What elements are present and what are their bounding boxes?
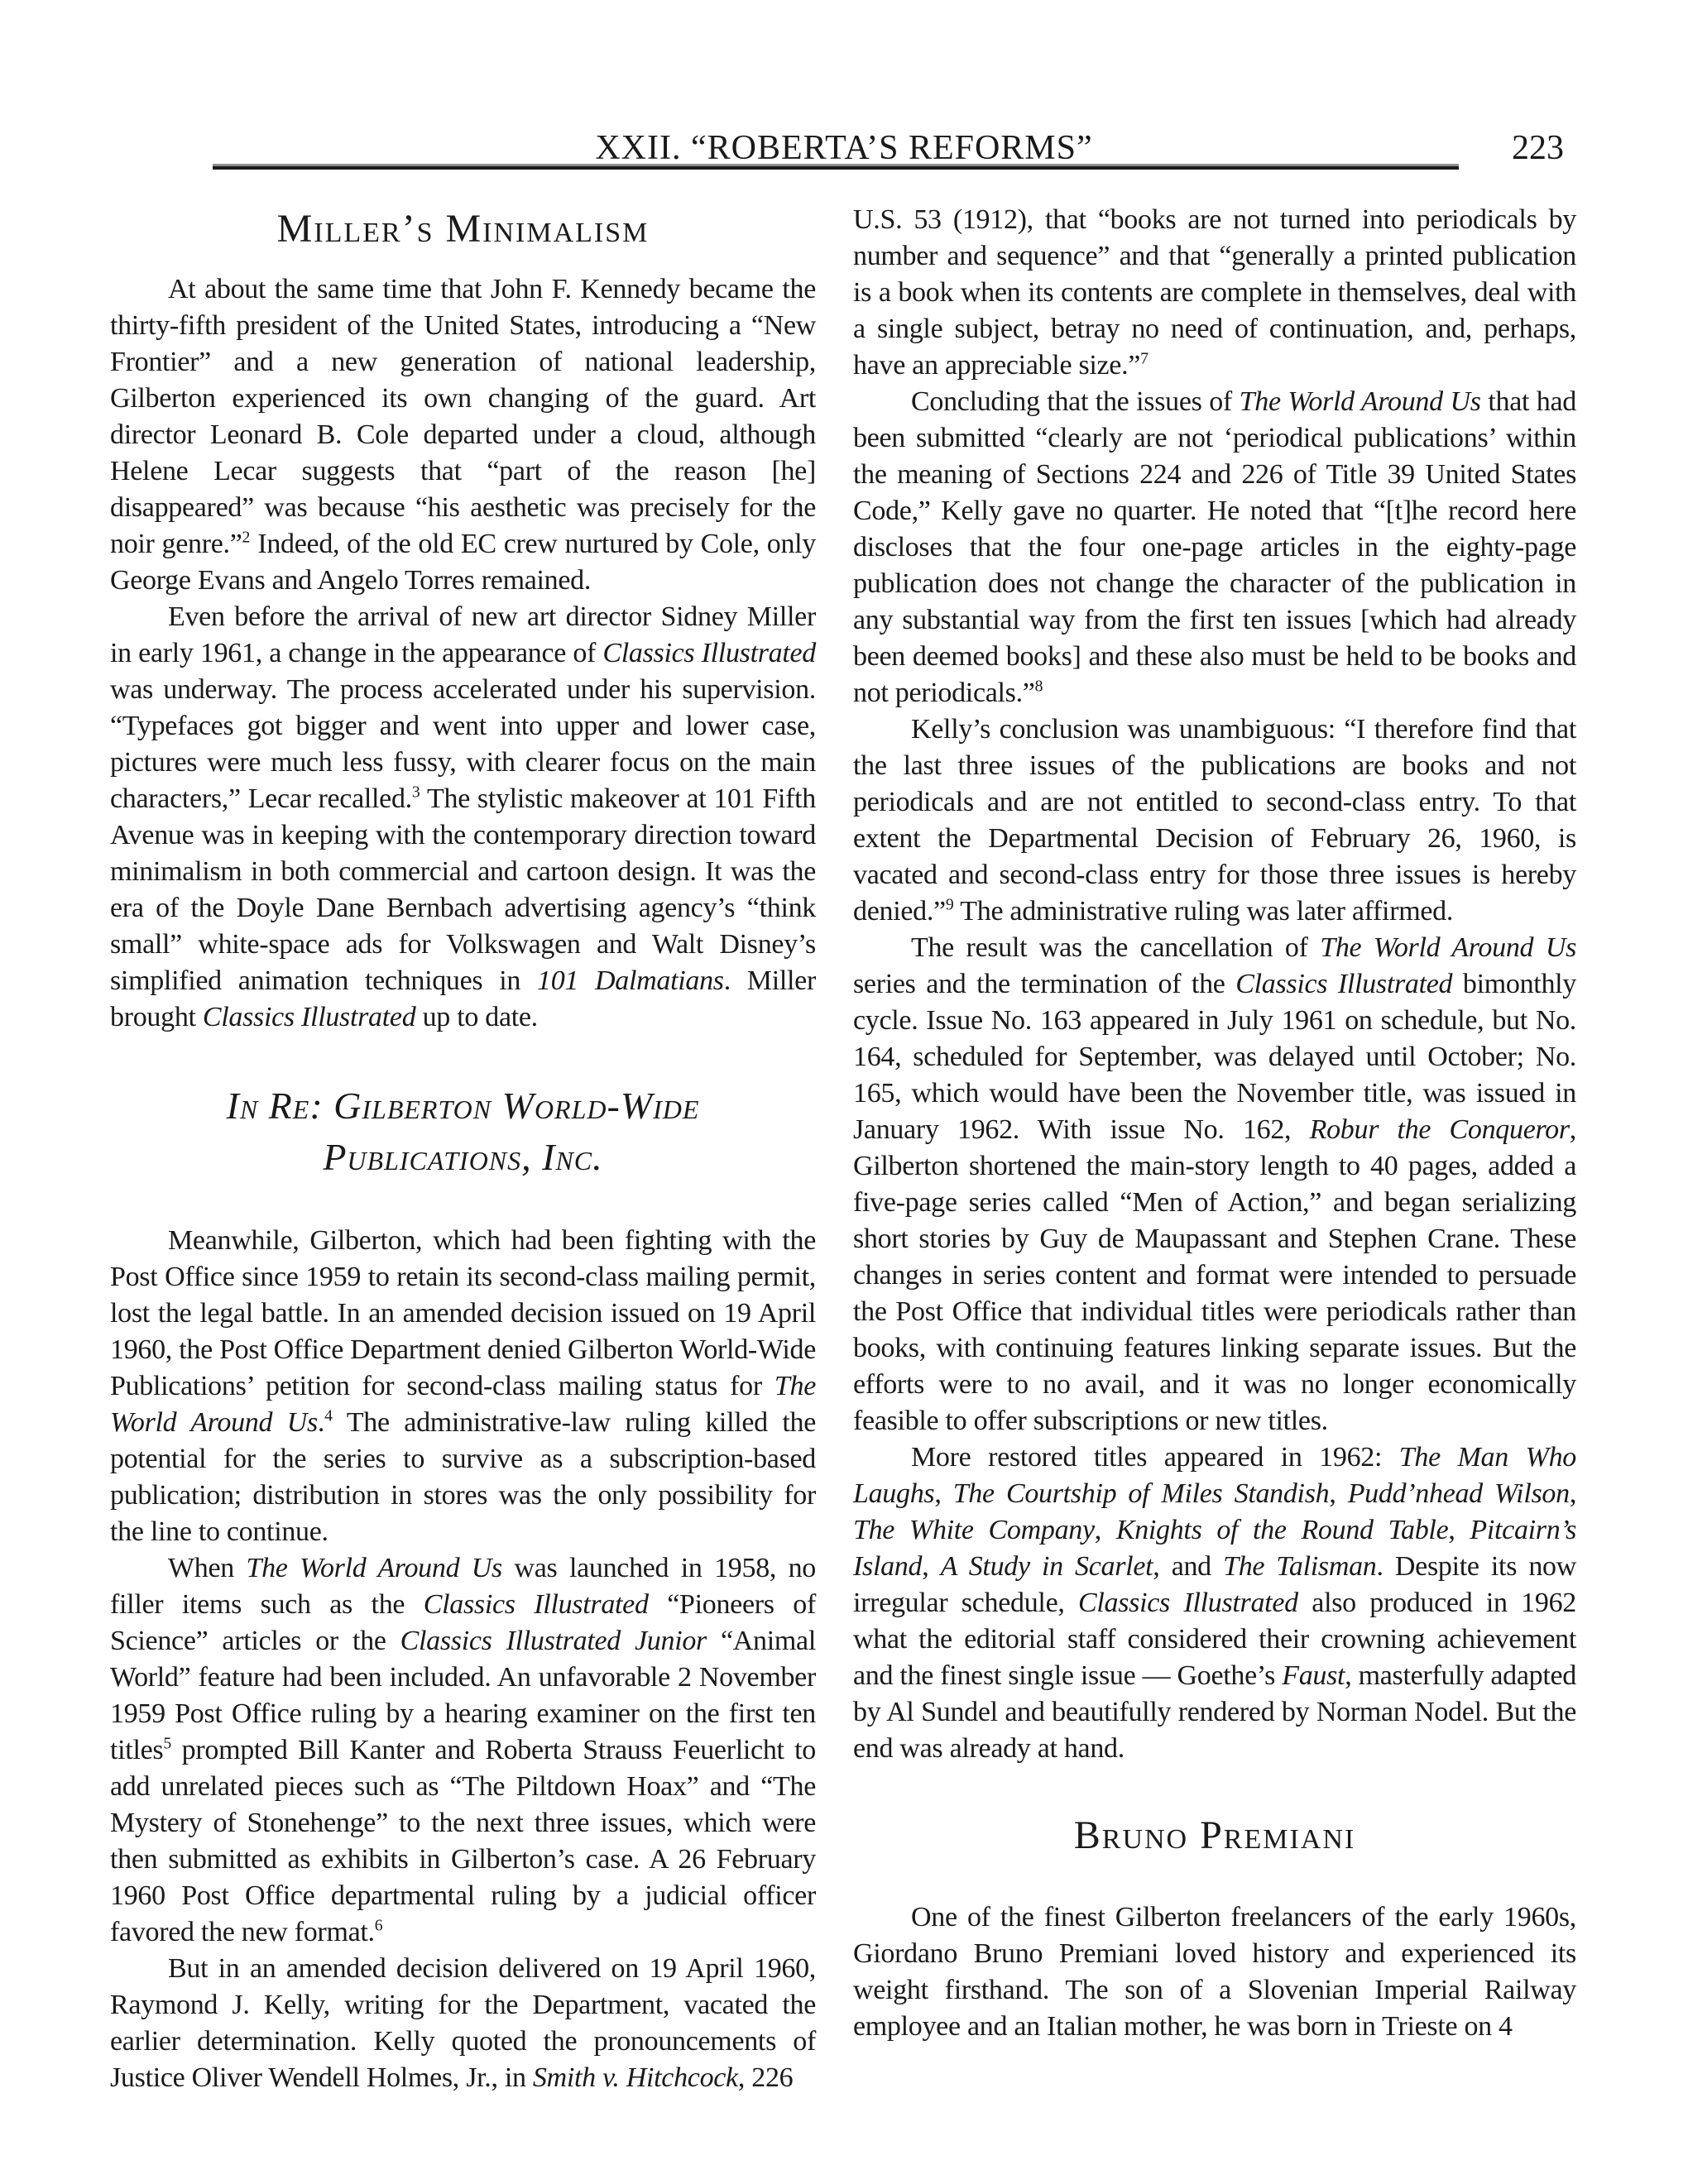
footnote-reference: 7 [1140, 350, 1149, 368]
text-run: When [168, 1553, 246, 1583]
text-run: , and [1153, 1551, 1223, 1582]
paragraph: Concluding that the issues of The World … [853, 384, 1576, 711]
paragraph: One of the finest Gilberton freelancers … [853, 1899, 1576, 2045]
paragraph: At about the same time that John F. Kenn… [110, 271, 816, 599]
text-run: , 226 [738, 2062, 794, 2093]
text-run: , [922, 1551, 940, 1582]
text-run: More restored titles appeared in 1962: [911, 1442, 1399, 1473]
section-heading-line: Publications, Inc. [323, 1136, 602, 1178]
footnote-reference: 4 [324, 1407, 333, 1425]
footnote-reference: 5 [163, 1735, 171, 1753]
italic-title: 101 Dalmatians [537, 965, 724, 996]
italic-title: Classics Illustrated Junior [400, 1626, 707, 1656]
footnote-reference: 9 [946, 896, 954, 914]
italic-title: Smith v. Hitchcock [533, 2062, 738, 2093]
section-heading: Bruno Premiani [853, 1813, 1576, 1858]
text-run: , [1095, 1515, 1116, 1545]
footnote-reference: 3 [412, 783, 420, 802]
section-heading: In Re: Gilberton World-WidePublications,… [110, 1080, 816, 1183]
text-run: Concluding that the issues of [911, 386, 1240, 417]
text-run: , [934, 1478, 952, 1509]
paragraph: Kelly’s conclusion was unambiguous: “I t… [853, 711, 1576, 930]
italic-title: Pudd’nhead Wilson [1348, 1478, 1570, 1509]
text-run: U.S. 53 (1912), that “books are not turn… [853, 204, 1576, 381]
text-run: , [1448, 1515, 1470, 1545]
italic-title: The Courtship of Miles Standish [953, 1478, 1330, 1509]
book-page: XXII. “ROBERTA’S REFORMS” 223 Miller’s M… [0, 0, 1688, 2184]
section-heading-line: In Re: Gilberton World-Wide [227, 1085, 700, 1127]
header-rule [213, 166, 1459, 170]
italic-title: Classics Illustrated [602, 638, 816, 668]
text-run: , [1570, 1478, 1576, 1509]
text-run: , [1329, 1478, 1347, 1509]
text-run: , Gilberton shortened the main-story len… [853, 1114, 1576, 1436]
italic-title: The White Company [853, 1515, 1095, 1545]
text-column-right: U.S. 53 (1912), that “books are not turn… [853, 202, 1576, 2045]
text-run: Meanwhile, Gilberton, which had been fig… [110, 1225, 816, 1401]
footnote-reference: 8 [1035, 678, 1043, 696]
italic-title: Classics Illustrated [1235, 969, 1452, 999]
running-header: XXII. “ROBERTA’S REFORMS” [0, 129, 1688, 167]
page-number: 223 [1512, 129, 1564, 167]
text-run: prompted Bill Kanter and Roberta Strauss… [110, 1735, 816, 1947]
text-run: that had been submitted “clearly are not… [853, 386, 1576, 708]
italic-title: Knights of the Round Table [1116, 1515, 1449, 1545]
paragraph: U.S. 53 (1912), that “books are not turn… [853, 202, 1576, 384]
text-run: One of the finest Gilberton freelancers … [853, 1902, 1576, 2042]
footnote-reference: 2 [242, 529, 251, 547]
paragraph: The result was the cancellation of The W… [853, 930, 1576, 1439]
footnote-reference: 6 [375, 1917, 383, 1935]
text-run: At about the same time that John F. Kenn… [110, 274, 816, 559]
chapter-title: XXII. “ROBERTA’S REFORMS” [595, 129, 1092, 167]
italic-title: The World Around Us [1320, 932, 1576, 963]
section-heading: Miller’s Minimalism [110, 207, 816, 251]
paragraph: When The World Around Us was launched in… [110, 1550, 816, 1951]
paragraph: More restored titles appeared in 1962: T… [853, 1439, 1576, 1767]
paragraph: Even before the arrival of new art direc… [110, 599, 816, 1036]
italic-title: Classics Illustrated [424, 1589, 649, 1620]
text-run: series and the termination of the [853, 969, 1235, 999]
text-run: up to date. [415, 1002, 537, 1032]
italic-title: The World Around Us [246, 1553, 501, 1583]
text-run: The result was the cancellation of [911, 932, 1320, 963]
text-run: The stylistic makeover at 101 Fifth Aven… [110, 783, 816, 996]
text-run: The administrative ruling was later affi… [954, 896, 1453, 927]
italic-title: Robur the Conqueror [1310, 1114, 1570, 1145]
italic-title: The World Around Us [1240, 386, 1481, 417]
italic-title: Classics Illustrated [1078, 1588, 1298, 1618]
italic-title: Classics Illustrated [203, 1002, 416, 1032]
text-run: . [318, 1407, 324, 1438]
italic-title: The Talisman [1223, 1551, 1376, 1582]
italic-title: Faust [1282, 1660, 1345, 1691]
paragraph: But in an amended decision delivered on … [110, 1951, 816, 2096]
paragraph: Meanwhile, Gilberton, which had been fig… [110, 1223, 816, 1550]
italic-title: A Study in Scarlet [941, 1551, 1153, 1582]
text-run: Kelly’s conclusion was unambiguous: “I t… [853, 714, 1576, 927]
text-column-left: Miller’s MinimalismAt about the same tim… [110, 207, 816, 2096]
